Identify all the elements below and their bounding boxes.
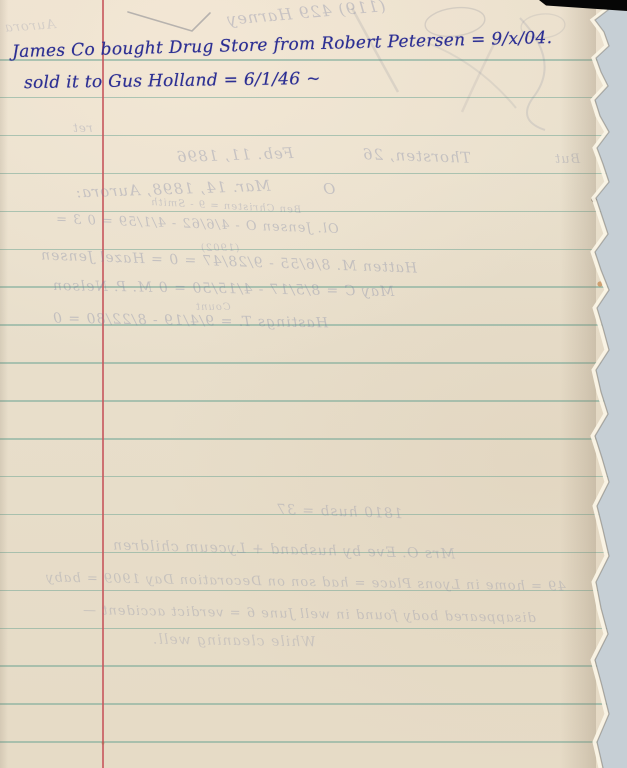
bleedthrough-text: Count [195, 302, 231, 313]
bleedthrough-text: Thorsten, 26 [362, 145, 471, 167]
rule-line [0, 135, 627, 137]
rule-line [0, 628, 627, 630]
left-edge-shading [0, 0, 8, 768]
scanned-page: Aurora(119) 429 HarneyretFeb. 11, 1896Th… [0, 0, 627, 768]
handwriting-line: James Co bought Drug Store from Robert P… [12, 28, 553, 62]
bleedthrough-text: Ol. Jensen O - 4/6/62 - 4/1/59 = 0 3 = [55, 212, 339, 237]
rule-line [0, 703, 627, 705]
bleedthrough-text: (119) 429 Harney [225, 0, 386, 29]
bleedthrough-text: Aurora [4, 17, 57, 36]
bleedthrough-text: Hastings T. = 9/4/19 - 8/22/80 = 0 [52, 311, 328, 332]
rule-line [0, 438, 627, 440]
rule-line [0, 211, 627, 213]
bleedthrough-text: While cleaning well. [152, 632, 316, 651]
red-margin-line [102, 0, 104, 768]
rule-line [0, 476, 627, 478]
handwriting-line: sold it to Gus Holland = 6/1/46 ~ [24, 69, 321, 93]
rule-line [0, 97, 627, 99]
rule-line [0, 741, 627, 743]
bleedthrough-text: ret [72, 121, 93, 135]
bleedthrough-text: Ben Christen = 9 - Smith [150, 197, 302, 216]
paper: Aurora(119) 429 HarneyretFeb. 11, 1896Th… [0, 0, 627, 768]
bleedthrough-text: 1810 husb = 37 [276, 502, 403, 522]
torn-edge-shading [560, 0, 596, 768]
bleedthrough-text: O [322, 180, 335, 198]
pencil-checkmark [128, 12, 210, 31]
bleedthrough-text: disappeared body found in well June 6 = … [82, 603, 536, 626]
pencil-marks [0, 0, 627, 768]
rule-line [0, 400, 627, 402]
rule-line [0, 665, 627, 667]
bleedthrough-text: Mrs O. Eve by husband + Lyceum children [112, 538, 455, 563]
rule-line [0, 173, 627, 175]
rule-line [0, 362, 627, 364]
bleedthrough-text: Feb. 11, 1896 [176, 144, 294, 166]
